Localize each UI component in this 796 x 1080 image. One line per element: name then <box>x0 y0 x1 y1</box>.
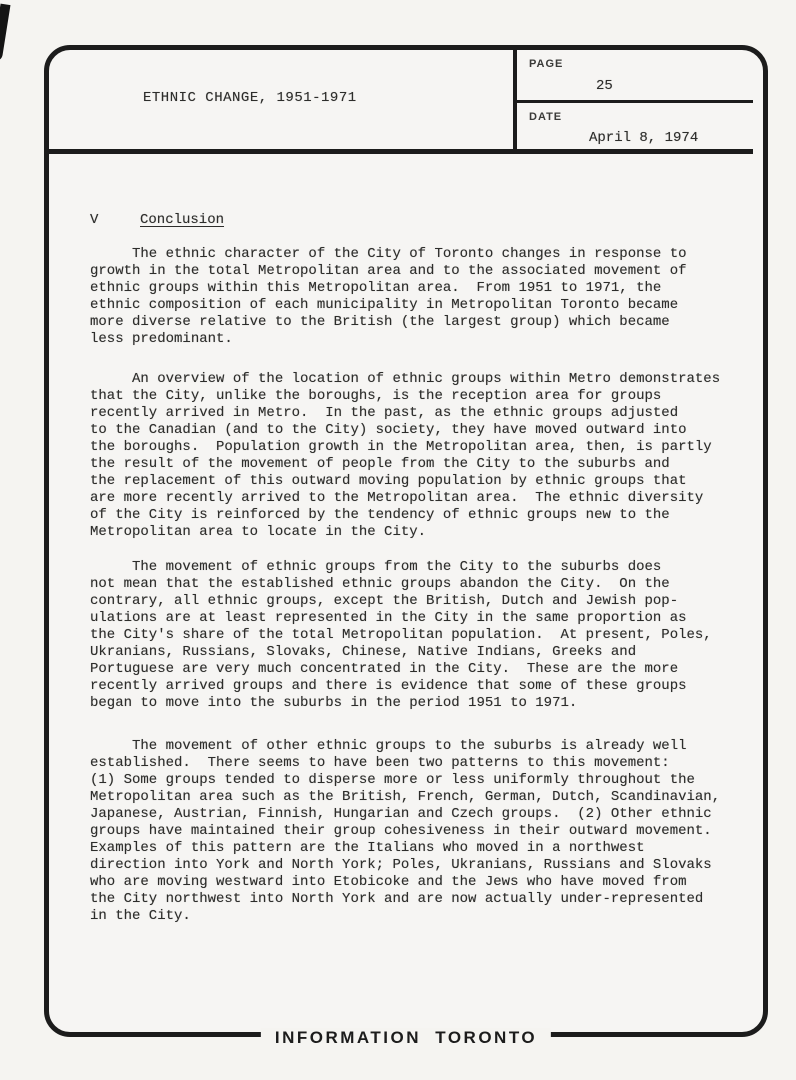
date-field-label: DATE <box>529 111 562 123</box>
page-field-label: PAGE <box>529 58 563 70</box>
page-date-divider-rule <box>513 100 753 103</box>
document-title: ETHNIC CHANGE, 1951-1971 <box>143 90 357 106</box>
section-heading: VConclusion <box>90 212 224 228</box>
date-value: April 8, 1974 <box>589 130 698 146</box>
paragraph-3: The movement of ethnic groups from the C… <box>90 559 712 712</box>
paragraph-4: The movement of other ethnic groups to t… <box>90 738 720 925</box>
section-number: V <box>90 212 140 228</box>
page-frame: ETHNIC CHANGE, 1951-1971 PAGE 25 DATE Ap… <box>44 45 768 1037</box>
scanned-document-page: ETHNIC CHANGE, 1951-1971 PAGE 25 DATE Ap… <box>0 0 796 1080</box>
section-title: Conclusion <box>140 212 224 228</box>
footer-label: INFORMATION TORONTO <box>261 1028 551 1048</box>
page-number: 25 <box>596 78 613 94</box>
paragraph-2: An overview of the location of ethnic gr… <box>90 371 720 541</box>
header-bottom-rule <box>49 149 753 154</box>
paragraph-1: The ethnic character of the City of Toro… <box>90 246 687 348</box>
binding-artifact-mark <box>0 4 10 63</box>
